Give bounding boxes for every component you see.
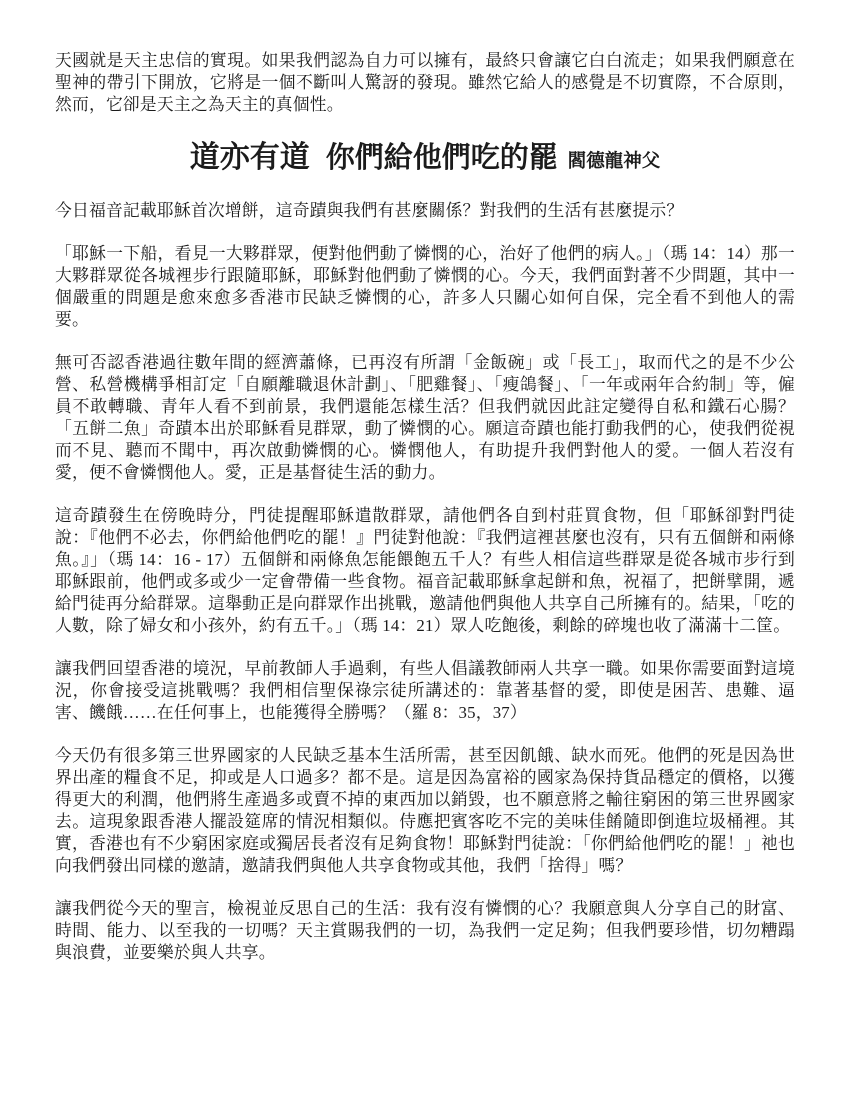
title-author: 閻德龍神父 <box>568 152 661 172</box>
paragraph-reflection: 讓我們從今天的聖言，檢視並反思自己的生活：我有沒有憐憫的心？我願意與人分享自己的… <box>55 898 795 964</box>
title-column-name: 道亦有道 <box>190 141 310 174</box>
paragraph-gospel-quote: 「耶穌一下船，看見一大夥群眾，便對他們動了憐憫的心，治好了他們的病人。」（瑪 1… <box>55 243 795 331</box>
article-title: 道亦有道你們給他們吃的罷閻德龍神父 <box>55 137 795 184</box>
document-page: 天國就是天主忠信的實現。如果我們認為自力可以擁有，最終只會讓它白白流走；如果我們… <box>0 0 850 1100</box>
paragraph-teachers-sharing: 讓我們回望香港的境況，早前教師人手過剩，有些人倡議教師兩人共享一職。如果你需要面… <box>55 658 795 724</box>
title-headline: 你們給他們吃的罷 <box>326 142 558 174</box>
paragraph-hongkong-economy: 無可否認香港過往數年間的經濟蕭條，已再沒有所謂「金飯碗」或「長工」，取而代之的是… <box>55 352 795 484</box>
intro-paragraph: 天國就是天主忠信的實現。如果我們認為自力可以擁有，最終只會讓它白白流走；如果我們… <box>55 50 795 116</box>
paragraph-question: 今日福音記載耶穌首次增餅，這奇蹟與我們有甚麼關係？對我們的生活有甚麼提示？ <box>55 200 795 222</box>
paragraph-third-world: 今天仍有很多第三世界國家的人民缺乏基本生活所需，甚至因飢餓、缺水而死。他們的死是… <box>55 745 795 877</box>
paragraph-miracle-story: 這奇蹟發生在傍晚時分，門徒提醒耶穌遣散群眾，請他們各自到村莊買食物，但「耶穌卻對… <box>55 505 795 637</box>
